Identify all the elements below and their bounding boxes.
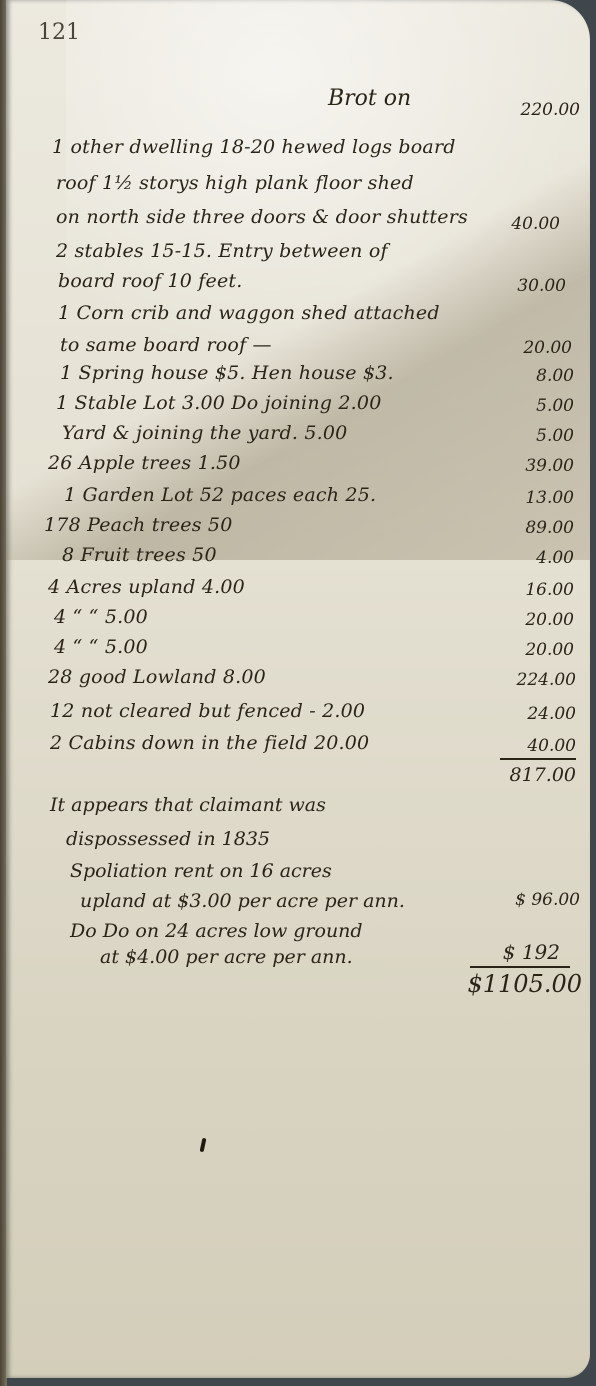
entry-line: 178 Peach trees 50	[44, 514, 233, 536]
entry-line: on north side three doors & door shutter…	[56, 206, 468, 228]
note-amount: $ 192	[480, 940, 560, 964]
entry-line: 1 Garden Lot 52 paces each 25.	[64, 484, 376, 506]
entry-amount: 8.00	[494, 366, 574, 386]
entry-line: 8 Fruit trees 50	[62, 544, 217, 566]
entry-amount: 4.00	[494, 548, 574, 568]
entry-line: roof 1½ storys high plank floor shed	[56, 172, 414, 194]
folio-number: 121	[38, 20, 80, 45]
entry-line: 28 good Lowland 8.00	[48, 666, 266, 688]
note-line: It appears that claimant was	[50, 794, 326, 816]
entry-amount: 20.00	[492, 338, 572, 358]
entry-line: to same board roof —	[60, 334, 272, 356]
note-line: upland at $3.00 per acre per ann.	[80, 890, 405, 912]
entry-amount: 39.00	[494, 456, 574, 476]
total-rule	[470, 966, 570, 968]
entry-line: 4 “ “ 5.00	[54, 636, 148, 658]
sum-rule	[500, 758, 576, 760]
entry-amount: 24.00	[496, 704, 576, 724]
note-line: dispossessed in 1835	[66, 828, 270, 850]
entry-line: 1 other dwelling 18-20 hewed logs board	[52, 136, 456, 158]
entry-line: 2 stables 15-15. Entry between of	[56, 240, 388, 262]
entry-line: 1 Spring house $5. Hen house $3.	[60, 362, 394, 384]
brought-forward-amount: 220.00	[500, 100, 580, 120]
entry-line: 26 Apple trees 1.50	[48, 452, 241, 474]
entry-amount: 13.00	[494, 488, 574, 508]
entry-line: 1 Stable Lot 3.00 Do joining 2.00	[56, 392, 381, 414]
note-line: Do Do on 24 acres low ground	[70, 920, 363, 942]
entry-amount: 40.00	[480, 214, 560, 234]
entry-amount: 16.00	[494, 580, 574, 600]
entry-amount: 40.00	[496, 736, 576, 756]
entry-amount: 20.00	[494, 640, 574, 660]
note-line: at $4.00 per acre per ann.	[100, 946, 353, 968]
entry-amount: 30.00	[486, 276, 566, 296]
subtotal-amount: 817.00	[496, 764, 576, 786]
grand-total: $1105.00	[452, 970, 582, 998]
note-line: Spoliation rent on 16 acres	[70, 860, 332, 882]
note-amount: $ 96.00	[500, 890, 580, 910]
entry-line: board roof 10 feet.	[58, 270, 242, 292]
brought-on-heading: Brot on	[328, 86, 411, 111]
entry-line: 4 “ “ 5.00	[54, 606, 148, 628]
entry-amount: 89.00	[494, 518, 574, 538]
entry-line: Yard & joining the yard. 5.00	[62, 422, 347, 444]
entry-line: 1 Corn crib and waggon shed attached	[58, 302, 440, 324]
entry-amount: 5.00	[494, 396, 574, 416]
entry-amount: 20.00	[494, 610, 574, 630]
entry-line: 12 not cleared but fenced - 2.00	[50, 700, 365, 722]
entry-amount: 224.00	[496, 670, 576, 690]
entry-amount: 5.00	[494, 426, 574, 446]
entry-line: 2 Cabins down in the field 20.00	[50, 732, 369, 754]
entry-line: 4 Acres upland 4.00	[48, 576, 245, 598]
